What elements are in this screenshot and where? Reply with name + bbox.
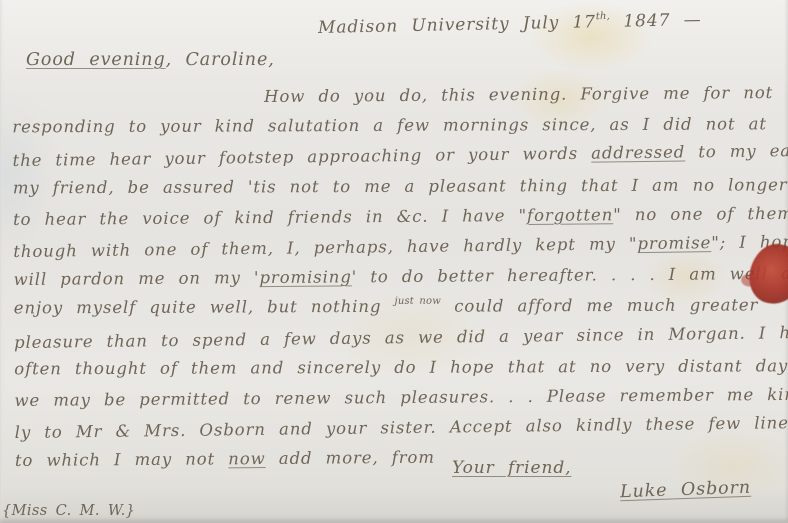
text-segment: pleasure than to spend a few days as we … — [14, 322, 788, 351]
text-segment: my friend, be assured 'tis not to me a p… — [13, 175, 788, 197]
text-segment: ly to Mr & Mrs. Osborn and your sister. … — [15, 413, 788, 442]
text-segment: often thought of them and sincerely do I… — [14, 356, 788, 378]
text-segment: responding to your kind salutation a few… — [12, 115, 767, 137]
text-segment: Madison University July 17 — [318, 12, 596, 38]
text-segment: How do you do, this evening. Forgive me … — [264, 83, 773, 106]
text-segment: just now — [395, 296, 442, 307]
text-segment: to hear the voice of kind friends in &c.… — [13, 206, 527, 229]
text-segment: forgotten — [527, 205, 613, 225]
text-segment: we may be permitted to renew such pleasu… — [14, 385, 788, 410]
text-segment: the time hear your footstep approaching … — [12, 144, 591, 170]
text-segment: will pardon me on my ' — [13, 268, 259, 289]
letter-line: often thought of them and sincerely do I… — [14, 351, 788, 385]
letter-closing: Your friend, — [452, 458, 571, 478]
letter-line: How do you do, this evening. Forgive me … — [12, 77, 788, 114]
text-segment: to my ear; but, — [685, 141, 788, 162]
text-segment: addressed — [591, 143, 685, 163]
letter-line: my friend, be assured 'tis not to me a p… — [13, 170, 788, 204]
text-segment: , Caroline, — [166, 50, 275, 70]
text-segment: ' to do better hereafter. . . . I am wel… — [352, 264, 788, 287]
letter-page: Madison University July 17th, 1847 — Goo… — [0, 0, 788, 523]
letter-salutation: Good evening, Caroline, — [26, 50, 275, 70]
text-segment: " no one of them; and — [613, 203, 788, 224]
text-segment: to which I may not — [15, 450, 228, 471]
text-segment: {Miss C. M. W.} — [2, 503, 135, 519]
text-segment: promising — [259, 267, 351, 287]
text-segment: though with one of them, I, perhaps, hav… — [13, 234, 637, 261]
text-segment: Good evening — [26, 50, 166, 70]
text-segment: now — [228, 449, 266, 468]
letter-body: How do you do, this evening. Forgive me … — [12, 77, 788, 476]
text-segment: enjoy myself quite well, but nothing — [14, 297, 395, 318]
recipient-annotation: {Miss C. M. W.} — [2, 503, 135, 519]
letter-signature: Luke Osborn — [620, 478, 752, 503]
text-segment: th, — [596, 11, 610, 22]
text-segment: Your friend, — [452, 458, 571, 478]
text-segment: Luke Osborn — [620, 478, 752, 503]
text-segment: could afford me much greater — [441, 296, 758, 316]
text-segment: 1847 — — [610, 10, 702, 32]
text-segment: add more, from — [266, 448, 435, 468]
letter-dateline: Madison University July 17th, 1847 — — [318, 10, 702, 38]
text-segment: promise — [637, 233, 711, 253]
